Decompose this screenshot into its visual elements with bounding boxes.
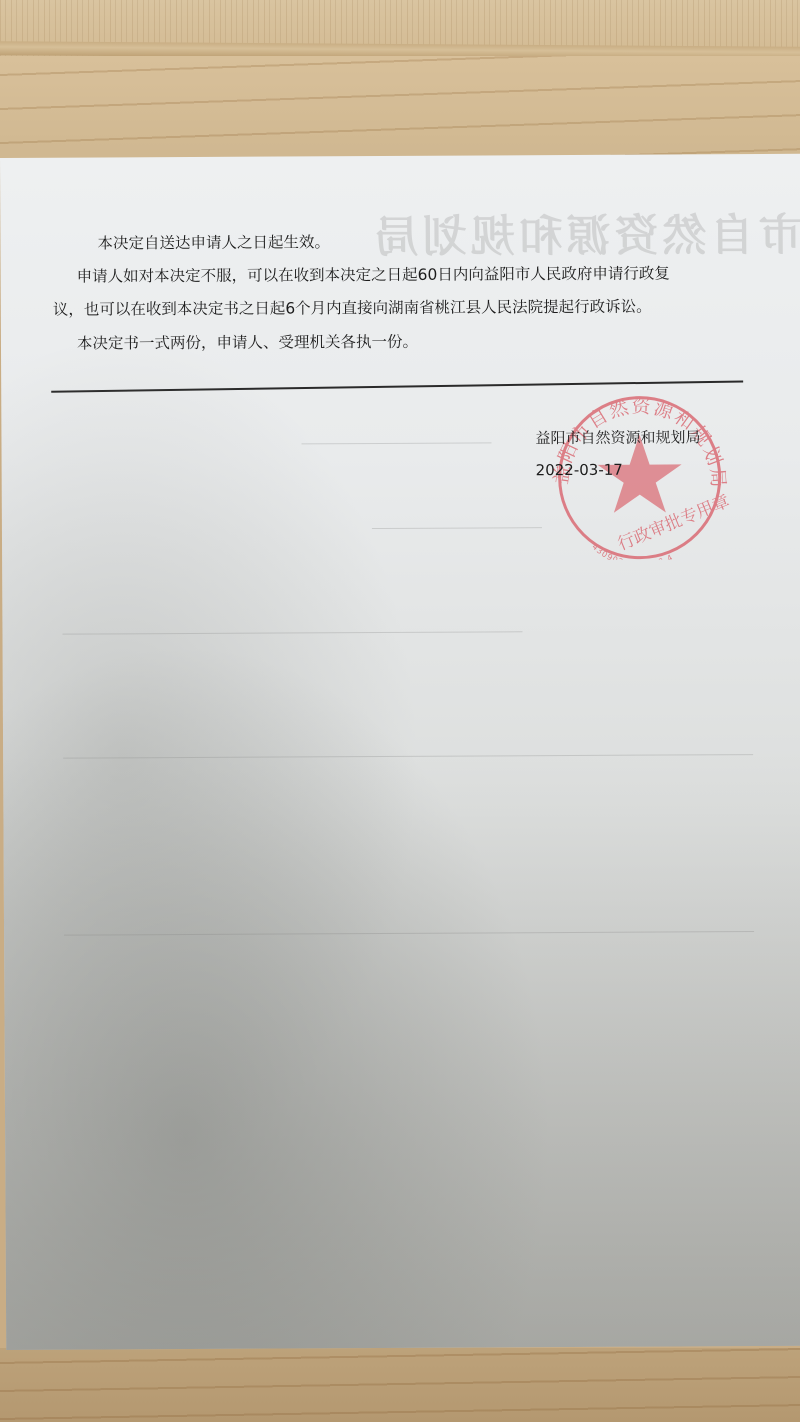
- bleed-through-line: [372, 527, 542, 529]
- bleed-through-line: [64, 931, 754, 936]
- paragraph-copies: 本决定书一式两份，申请人、受理机关各执一份。: [77, 332, 418, 354]
- issuer-name: 益阳市自然资源和规划局: [535, 426, 700, 448]
- document-page: 益阳市自然资源和规划局 本决定自送达申请人之日起生效。 申请人如对本决定不服，可…: [0, 154, 800, 1350]
- bleed-through-line: [63, 754, 753, 759]
- paragraph-appeal: 申请人如对本决定不服，可以在收到本决定之日起60日内向益阳市人民政府申请行政复: [77, 263, 670, 286]
- stamp-inner-text: 行政审批专用章: [615, 490, 733, 555]
- issue-date: 2022-03-17: [536, 461, 623, 479]
- bleed-through-line: [62, 631, 522, 634]
- paragraph-effective: 本决定自送达申请人之日起生效。: [97, 232, 330, 253]
- bleed-through-line: [301, 442, 491, 444]
- wood-table-bottom: [0, 1348, 800, 1422]
- paragraph-appeal-continued: 议，也可以在收到本决定书之日起6个月内直接向湖南省桃江县人民法院提起行政诉讼。: [53, 297, 652, 320]
- bleed-through-title: 益阳市自然资源和规划局: [370, 198, 800, 265]
